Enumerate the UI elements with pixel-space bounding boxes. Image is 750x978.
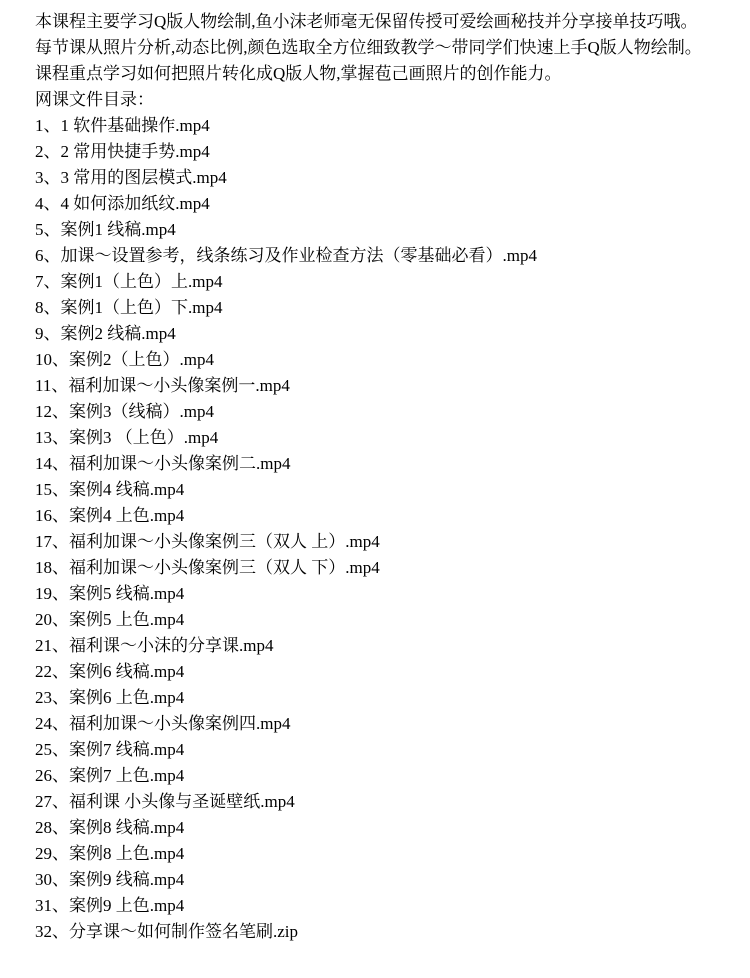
list-item-filename: 4 如何添加纸纹.mp4: [61, 194, 210, 213]
list-item-filename: 案例8 上色.mp4: [69, 844, 184, 863]
list-item: 7、案例1（上色）上.mp4: [35, 269, 730, 295]
list-item-filename: 3 常用的图层模式.mp4: [61, 168, 227, 187]
list-item-separator: 、: [52, 506, 69, 525]
list-item-separator: 、: [44, 194, 61, 213]
list-item-number: 4: [35, 194, 44, 213]
list-item-filename: 分享课～如何制作签名笔刷.zip: [69, 922, 298, 941]
list-item-number: 27: [35, 792, 52, 811]
list-item-number: 6: [35, 246, 44, 265]
list-item-separator: 、: [52, 610, 69, 629]
list-item-filename: 案例7 上色.mp4: [69, 766, 184, 785]
list-item-filename: 福利加课～小头像案例三（双人 下）.mp4: [69, 558, 380, 577]
list-item: 24、福利加课～小头像案例四.mp4: [35, 711, 730, 737]
list-item-number: 29: [35, 844, 52, 863]
list-item-number: 32: [35, 922, 52, 941]
list-item-number: 14: [35, 454, 52, 473]
list-item: 27、福利课 小头像与圣诞壁纸.mp4: [35, 789, 730, 815]
list-item-number: 16: [35, 506, 52, 525]
list-item-number: 8: [35, 298, 44, 317]
list-item-filename: 案例6 线稿.mp4: [69, 662, 184, 681]
list-item-number: 30: [35, 870, 52, 889]
list-item-separator: 、: [52, 688, 69, 707]
list-item: 19、案例5 线稿.mp4: [35, 581, 730, 607]
list-item-number: 23: [35, 688, 52, 707]
list-item: 30、案例9 线稿.mp4: [35, 867, 730, 893]
list-item-filename: 案例4 线稿.mp4: [69, 480, 184, 499]
list-item-separator: 、: [52, 402, 69, 421]
list-item-number: 12: [35, 402, 52, 421]
list-item-separator: 、: [52, 350, 69, 369]
file-list: 1、1 软件基础操作.mp42、2 常用快捷手势.mp43、3 常用的图层模式.…: [35, 113, 730, 945]
list-item-filename: 案例8 线稿.mp4: [69, 818, 184, 837]
list-item-filename: 福利课～小沫的分享课.mp4: [69, 636, 273, 655]
list-item-filename: 福利加课～小头像案例一.mp4: [68, 376, 289, 395]
list-item: 21、福利课～小沫的分享课.mp4: [35, 633, 730, 659]
list-item: 10、案例2（上色）.mp4: [35, 347, 730, 373]
list-item-number: 2: [35, 142, 44, 161]
list-item: 15、案例4 线稿.mp4: [35, 477, 730, 503]
list-item: 13、案例3 （上色）.mp4: [35, 425, 730, 451]
list-item-number: 28: [35, 818, 52, 837]
list-item-filename: 案例9 线稿.mp4: [69, 870, 184, 889]
list-item-filename: 案例1 线稿.mp4: [61, 220, 176, 239]
list-item-separator: 、: [52, 714, 69, 733]
intro-line: 每节课从照片分析,动态比例,颜色选取全方位细致教学～带同学们快速上手Q版人物绘制…: [35, 35, 730, 61]
list-item: 3、3 常用的图层模式.mp4: [35, 165, 730, 191]
list-item-filename: 案例7 线稿.mp4: [69, 740, 184, 759]
document-page: 本课程主要学习Q版人物绘制,鱼小沫老师毫无保留传授可爱绘画秘技并分享接单技巧哦。…: [0, 0, 750, 978]
list-item-separator: 、: [52, 922, 69, 941]
list-item-separator: 、: [52, 558, 69, 577]
list-item-separator: 、: [44, 220, 61, 239]
list-item-filename: 案例1（上色）下.mp4: [61, 298, 223, 317]
list-item-separator: 、: [52, 662, 69, 681]
list-item: 25、案例7 线稿.mp4: [35, 737, 730, 763]
intro-line: 本课程主要学习Q版人物绘制,鱼小沫老师毫无保留传授可爱绘画秘技并分享接单技巧哦。: [35, 9, 730, 35]
list-item-separator: 、: [52, 480, 69, 499]
list-item: 18、福利加课～小头像案例三（双人 下）.mp4: [35, 555, 730, 581]
list-item-number: 19: [35, 584, 52, 603]
list-item: 11、福利加课～小头像案例一.mp4: [35, 373, 730, 399]
list-item-filename: 案例4 上色.mp4: [69, 506, 184, 525]
list-item: 31、案例9 上色.mp4: [35, 893, 730, 919]
list-item-separator: 、: [51, 376, 68, 395]
list-item: 6、加课～设置参考，线条练习及作业检查方法（零基础必看）.mp4: [35, 243, 730, 269]
list-item: 32、分享课～如何制作签名笔刷.zip: [35, 919, 730, 945]
list-item-number: 17: [35, 532, 52, 551]
list-item-separator: 、: [52, 740, 69, 759]
list-item-separator: 、: [44, 298, 61, 317]
list-item-separator: 、: [44, 142, 61, 161]
list-item: 20、案例5 上色.mp4: [35, 607, 730, 633]
list-item-filename: 案例9 上色.mp4: [69, 896, 184, 915]
list-item-number: 7: [35, 272, 44, 291]
list-item: 2、2 常用快捷手势.mp4: [35, 139, 730, 165]
list-item-number: 15: [35, 480, 52, 499]
list-item-separator: 、: [44, 116, 61, 135]
list-item: 14、福利加课～小头像案例二.mp4: [35, 451, 730, 477]
list-item-number: 13: [35, 428, 52, 447]
list-item-filename: 案例3（线稿）.mp4: [69, 402, 214, 421]
list-item-filename: 案例5 上色.mp4: [69, 610, 184, 629]
list-item: 28、案例8 线稿.mp4: [35, 815, 730, 841]
list-item: 1、1 软件基础操作.mp4: [35, 113, 730, 139]
list-item: 23、案例6 上色.mp4: [35, 685, 730, 711]
list-item-separator: 、: [52, 792, 69, 811]
list-item-filename: 案例2（上色）.mp4: [69, 350, 214, 369]
list-item: 4、4 如何添加纸纹.mp4: [35, 191, 730, 217]
list-item-separator: 、: [52, 766, 69, 785]
list-item-number: 20: [35, 610, 52, 629]
list-item-separator: 、: [44, 246, 61, 265]
list-item: 9、案例2 线稿.mp4: [35, 321, 730, 347]
list-item-separator: 、: [44, 324, 61, 343]
list-item-filename: 2 常用快捷手势.mp4: [61, 142, 210, 161]
list-item-number: 1: [35, 116, 44, 135]
list-item-number: 3: [35, 168, 44, 187]
list-item-filename: 案例1（上色）上.mp4: [61, 272, 223, 291]
list-item: 17、福利加课～小头像案例三（双人 上）.mp4: [35, 529, 730, 555]
list-item-filename: 福利加课～小头像案例四.mp4: [69, 714, 290, 733]
list-item-separator: 、: [52, 428, 69, 447]
list-item: 26、案例7 上色.mp4: [35, 763, 730, 789]
list-item-number: 21: [35, 636, 52, 655]
intro-line: 课程重点学习如何把照片转化成Q版人物,掌握苞己画照片的创作能力。: [35, 61, 730, 87]
list-item-separator: 、: [52, 870, 69, 889]
list-item-number: 18: [35, 558, 52, 577]
list-item: 29、案例8 上色.mp4: [35, 841, 730, 867]
list-item-filename: 案例3 （上色）.mp4: [69, 428, 218, 447]
list-item-separator: 、: [52, 636, 69, 655]
list-item-number: 22: [35, 662, 52, 681]
list-item: 22、案例6 线稿.mp4: [35, 659, 730, 685]
list-item: 12、案例3（线稿）.mp4: [35, 399, 730, 425]
list-item-filename: 案例5 线稿.mp4: [69, 584, 184, 603]
list-item-separator: 、: [52, 818, 69, 837]
list-item-number: 24: [35, 714, 52, 733]
list-item-number: 26: [35, 766, 52, 785]
list-item-separator: 、: [52, 532, 69, 551]
list-item-number: 9: [35, 324, 44, 343]
list-item-number: 10: [35, 350, 52, 369]
list-item: 16、案例4 上色.mp4: [35, 503, 730, 529]
list-item-filename: 福利加课～小头像案例三（双人 上）.mp4: [69, 532, 380, 551]
list-item-separator: 、: [52, 584, 69, 603]
list-item-filename: 福利加课～小头像案例二.mp4: [69, 454, 290, 473]
list-item-separator: 、: [52, 844, 69, 863]
list-item-filename: 案例2 线稿.mp4: [61, 324, 176, 343]
list-item-separator: 、: [52, 896, 69, 915]
list-item-filename: 1 软件基础操作.mp4: [61, 116, 210, 135]
list-item: 8、案例1（上色）下.mp4: [35, 295, 730, 321]
list-item-number: 31: [35, 896, 52, 915]
directory-heading: 网课文件目录：: [35, 87, 730, 113]
list-item-filename: 案例6 上色.mp4: [69, 688, 184, 707]
list-item-number: 11: [35, 376, 51, 395]
list-item-number: 5: [35, 220, 44, 239]
list-item: 5、案例1 线稿.mp4: [35, 217, 730, 243]
list-item-filename: 加课～设置参考，线条练习及作业检查方法（零基础必看）.mp4: [61, 246, 537, 265]
list-item-filename: 福利课 小头像与圣诞壁纸.mp4: [69, 792, 295, 811]
list-item-separator: 、: [44, 272, 61, 291]
list-item-separator: 、: [44, 168, 61, 187]
list-item-number: 25: [35, 740, 52, 759]
list-item-separator: 、: [52, 454, 69, 473]
